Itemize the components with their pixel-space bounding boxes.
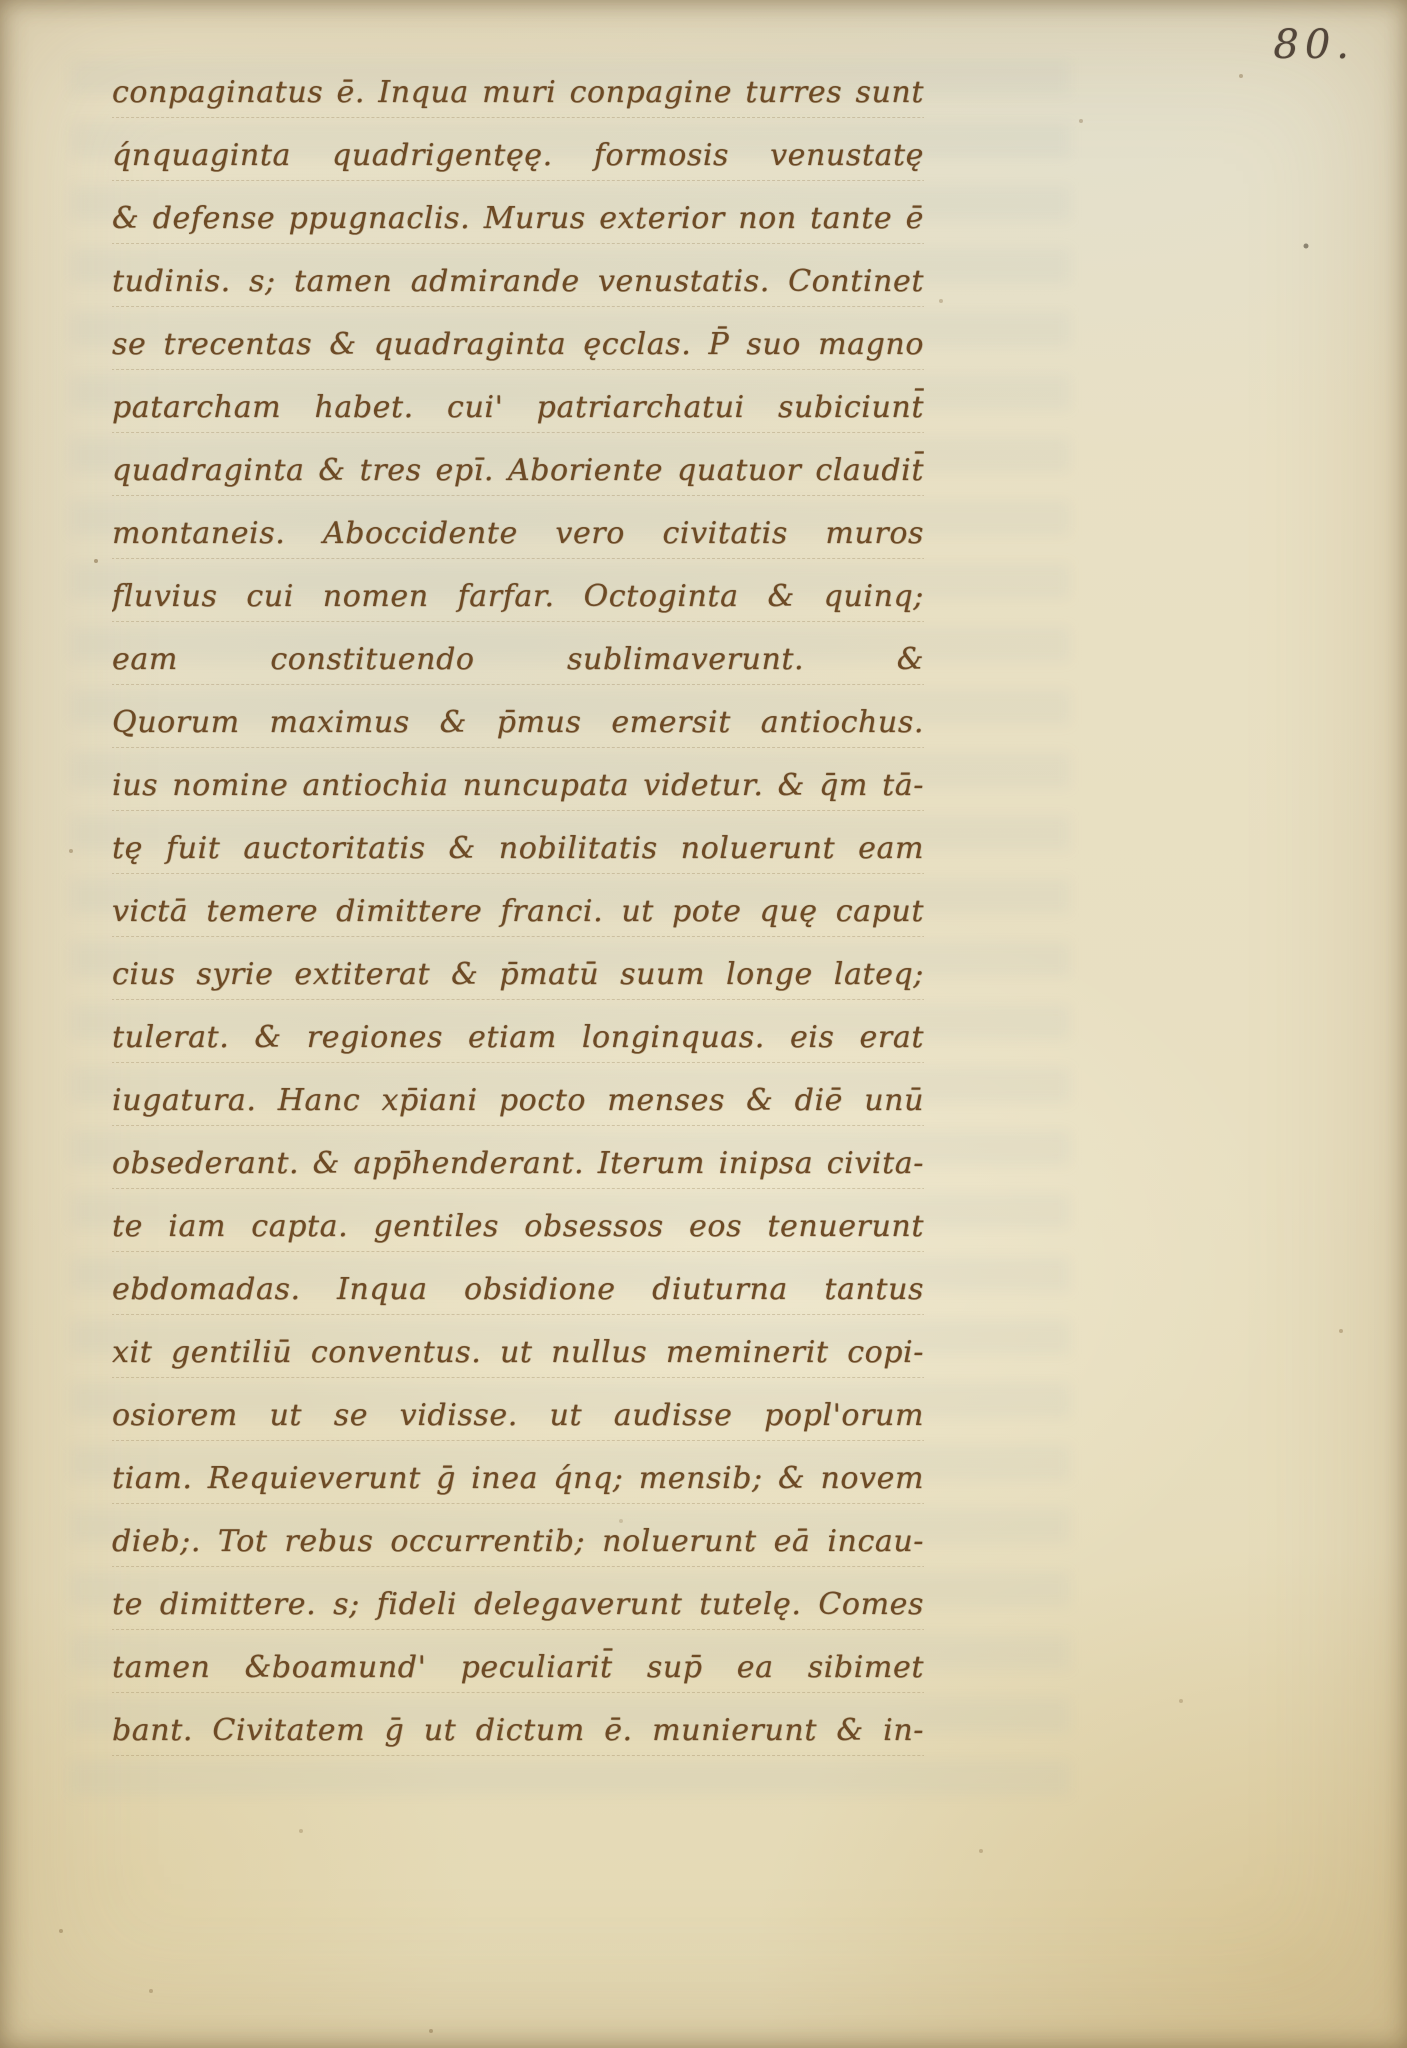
manuscript-line: fluvius cui nomen farfar. Octoginta & qu… xyxy=(112,568,924,631)
manuscript-line: iugatura. Hanc xp̄iani pocto menses & di… xyxy=(112,1072,924,1135)
manuscript-line: victā temere dimittere franci. ut pote q… xyxy=(112,883,924,946)
manuscript-line-text: osiorem ut se vidisse. ut audisse popl'o… xyxy=(112,1398,924,1450)
manuscript-page: 80. conpaginatus ē. Inqua muri conpagine… xyxy=(0,0,1407,2048)
manuscript-line-text: montaneis. Aboccidente vero civitatis mu… xyxy=(112,516,924,568)
manuscript-line: eam constituendo sublimaverunt. & nobili… xyxy=(112,631,924,694)
manuscript-line-text: obsederant. & app̄henderant. Iterum inip… xyxy=(112,1146,924,1181)
manuscript-line-text: bant. Civitatem ḡ ut dictum ē. munierunt… xyxy=(112,1713,924,1748)
manuscript-line: conpaginatus ē. Inqua muri conpagine tur… xyxy=(112,64,924,127)
vellum-specks xyxy=(0,0,2,2)
manuscript-line-text: & defense ppugnaclis. Murus exterior non… xyxy=(112,201,924,253)
manuscript-line-text: fluvius cui nomen farfar. Octoginta & qu… xyxy=(112,579,924,631)
manuscript-line: te dimittere. s; fideli delegaverunt tut… xyxy=(112,1576,924,1639)
manuscript-line: dieb;. Tot rebus occurrentib; noluerunt … xyxy=(112,1513,924,1576)
manuscript-line-text: te iam capta. gentiles obsessos eos tenu… xyxy=(112,1209,924,1261)
manuscript-line: xit gentiliū conventus. ut nullus memine… xyxy=(112,1324,924,1387)
manuscript-line: cius syrie extiterat & p̄matū suum longe… xyxy=(112,946,924,1009)
manuscript-line: bant. Civitatem ḡ ut dictum ē. munierunt… xyxy=(112,1702,924,1765)
manuscript-line: obsederant. & app̄henderant. Iterum inip… xyxy=(112,1135,924,1198)
manuscript-line: & defense ppugnaclis. Murus exterior non… xyxy=(112,190,924,253)
manuscript-line-text: patarcham habet. cui' patriarchatui subi… xyxy=(112,390,924,442)
manuscript-line-text: ebdomadas. Inqua obsidione diuturna tant… xyxy=(112,1272,924,1324)
manuscript-line-text: tudinis. s; tamen admirande venustatis. … xyxy=(112,264,924,316)
manuscript-line: tulerat. & regiones etiam longinquas. ei… xyxy=(112,1009,924,1072)
manuscript-line: montaneis. Aboccidente vero civitatis mu… xyxy=(112,505,924,568)
manuscript-line: tudinis. s; tamen admirande venustatis. … xyxy=(112,253,924,316)
manuscript-line: Quorum maximus & p̄mus emersit antiochus… xyxy=(112,694,924,757)
manuscript-line-text: te dimittere. s; fideli delegaverunt tut… xyxy=(112,1587,924,1622)
manuscript-line: tamen &boamund' peculiarit̄ sup̄ ea sibi… xyxy=(112,1639,924,1702)
manuscript-line: ebdomadas. Inqua obsidione diuturna tant… xyxy=(112,1261,924,1324)
manuscript-line-text: q́nquaginta quadrigentęę. formosis venus… xyxy=(112,138,924,190)
manuscript-line-text: tulerat. & regiones etiam longinquas. ei… xyxy=(112,1020,924,1072)
folio-number: 80. xyxy=(1273,22,1355,68)
manuscript-line-text: se trecentas & quadraginta ęcclas. P̄ su… xyxy=(112,327,924,379)
manuscript-line-text: iugatura. Hanc xp̄iani pocto menses & di… xyxy=(112,1083,924,1118)
manuscript-line: patarcham habet. cui' patriarchatui subi… xyxy=(112,379,924,442)
manuscript-line-text: tę fuit auctoritatis & nobilitatis nolue… xyxy=(112,831,924,883)
manuscript-line-text: Quorum maximus & p̄mus emersit antiochus… xyxy=(112,705,924,757)
manuscript-line-text: eam constituendo sublimaverunt. & nobili… xyxy=(112,642,924,694)
manuscript-line-text: tiam. Requieverunt ḡ inea q́nq; mensib; … xyxy=(112,1461,924,1496)
manuscript-line-text: victā temere dimittere franci. ut pote q… xyxy=(112,894,924,946)
manuscript-line: tiam. Requieverunt ḡ inea q́nq; mensib; … xyxy=(112,1450,924,1513)
manuscript-line-text: quadraginta & tres epī. Aboriente quatuo… xyxy=(112,453,924,488)
manuscript-line: q́nquaginta quadrigentęę. formosis venus… xyxy=(112,127,924,190)
manuscript-text-block: conpaginatus ē. Inqua muri conpagine tur… xyxy=(112,64,924,1765)
manuscript-line-text: dieb;. Tot rebus occurrentib; noluerunt … xyxy=(112,1524,924,1559)
manuscript-line: osiorem ut se vidisse. ut audisse popl'o… xyxy=(112,1387,924,1450)
manuscript-line-text: xit gentiliū conventus. ut nullus memine… xyxy=(112,1335,924,1370)
manuscript-line: se trecentas & quadraginta ęcclas. P̄ su… xyxy=(112,316,924,379)
manuscript-line: ius nomine antiochia nuncupata videtur. … xyxy=(112,757,924,820)
manuscript-line-text: ius nomine antiochia nuncupata videtur. … xyxy=(112,768,924,803)
manuscript-line: te iam capta. gentiles obsessos eos tenu… xyxy=(112,1198,924,1261)
manuscript-line: quadraginta & tres epī. Aboriente quatuo… xyxy=(112,442,924,505)
manuscript-line: tę fuit auctoritatis & nobilitatis nolue… xyxy=(112,820,924,883)
manuscript-line-text: cius syrie extiterat & p̄matū suum longe… xyxy=(112,957,924,1009)
manuscript-line-text: tamen &boamund' peculiarit̄ sup̄ ea sibi… xyxy=(112,1650,924,1702)
manuscript-line-text: conpaginatus ē. Inqua muri conpagine tur… xyxy=(112,75,924,110)
